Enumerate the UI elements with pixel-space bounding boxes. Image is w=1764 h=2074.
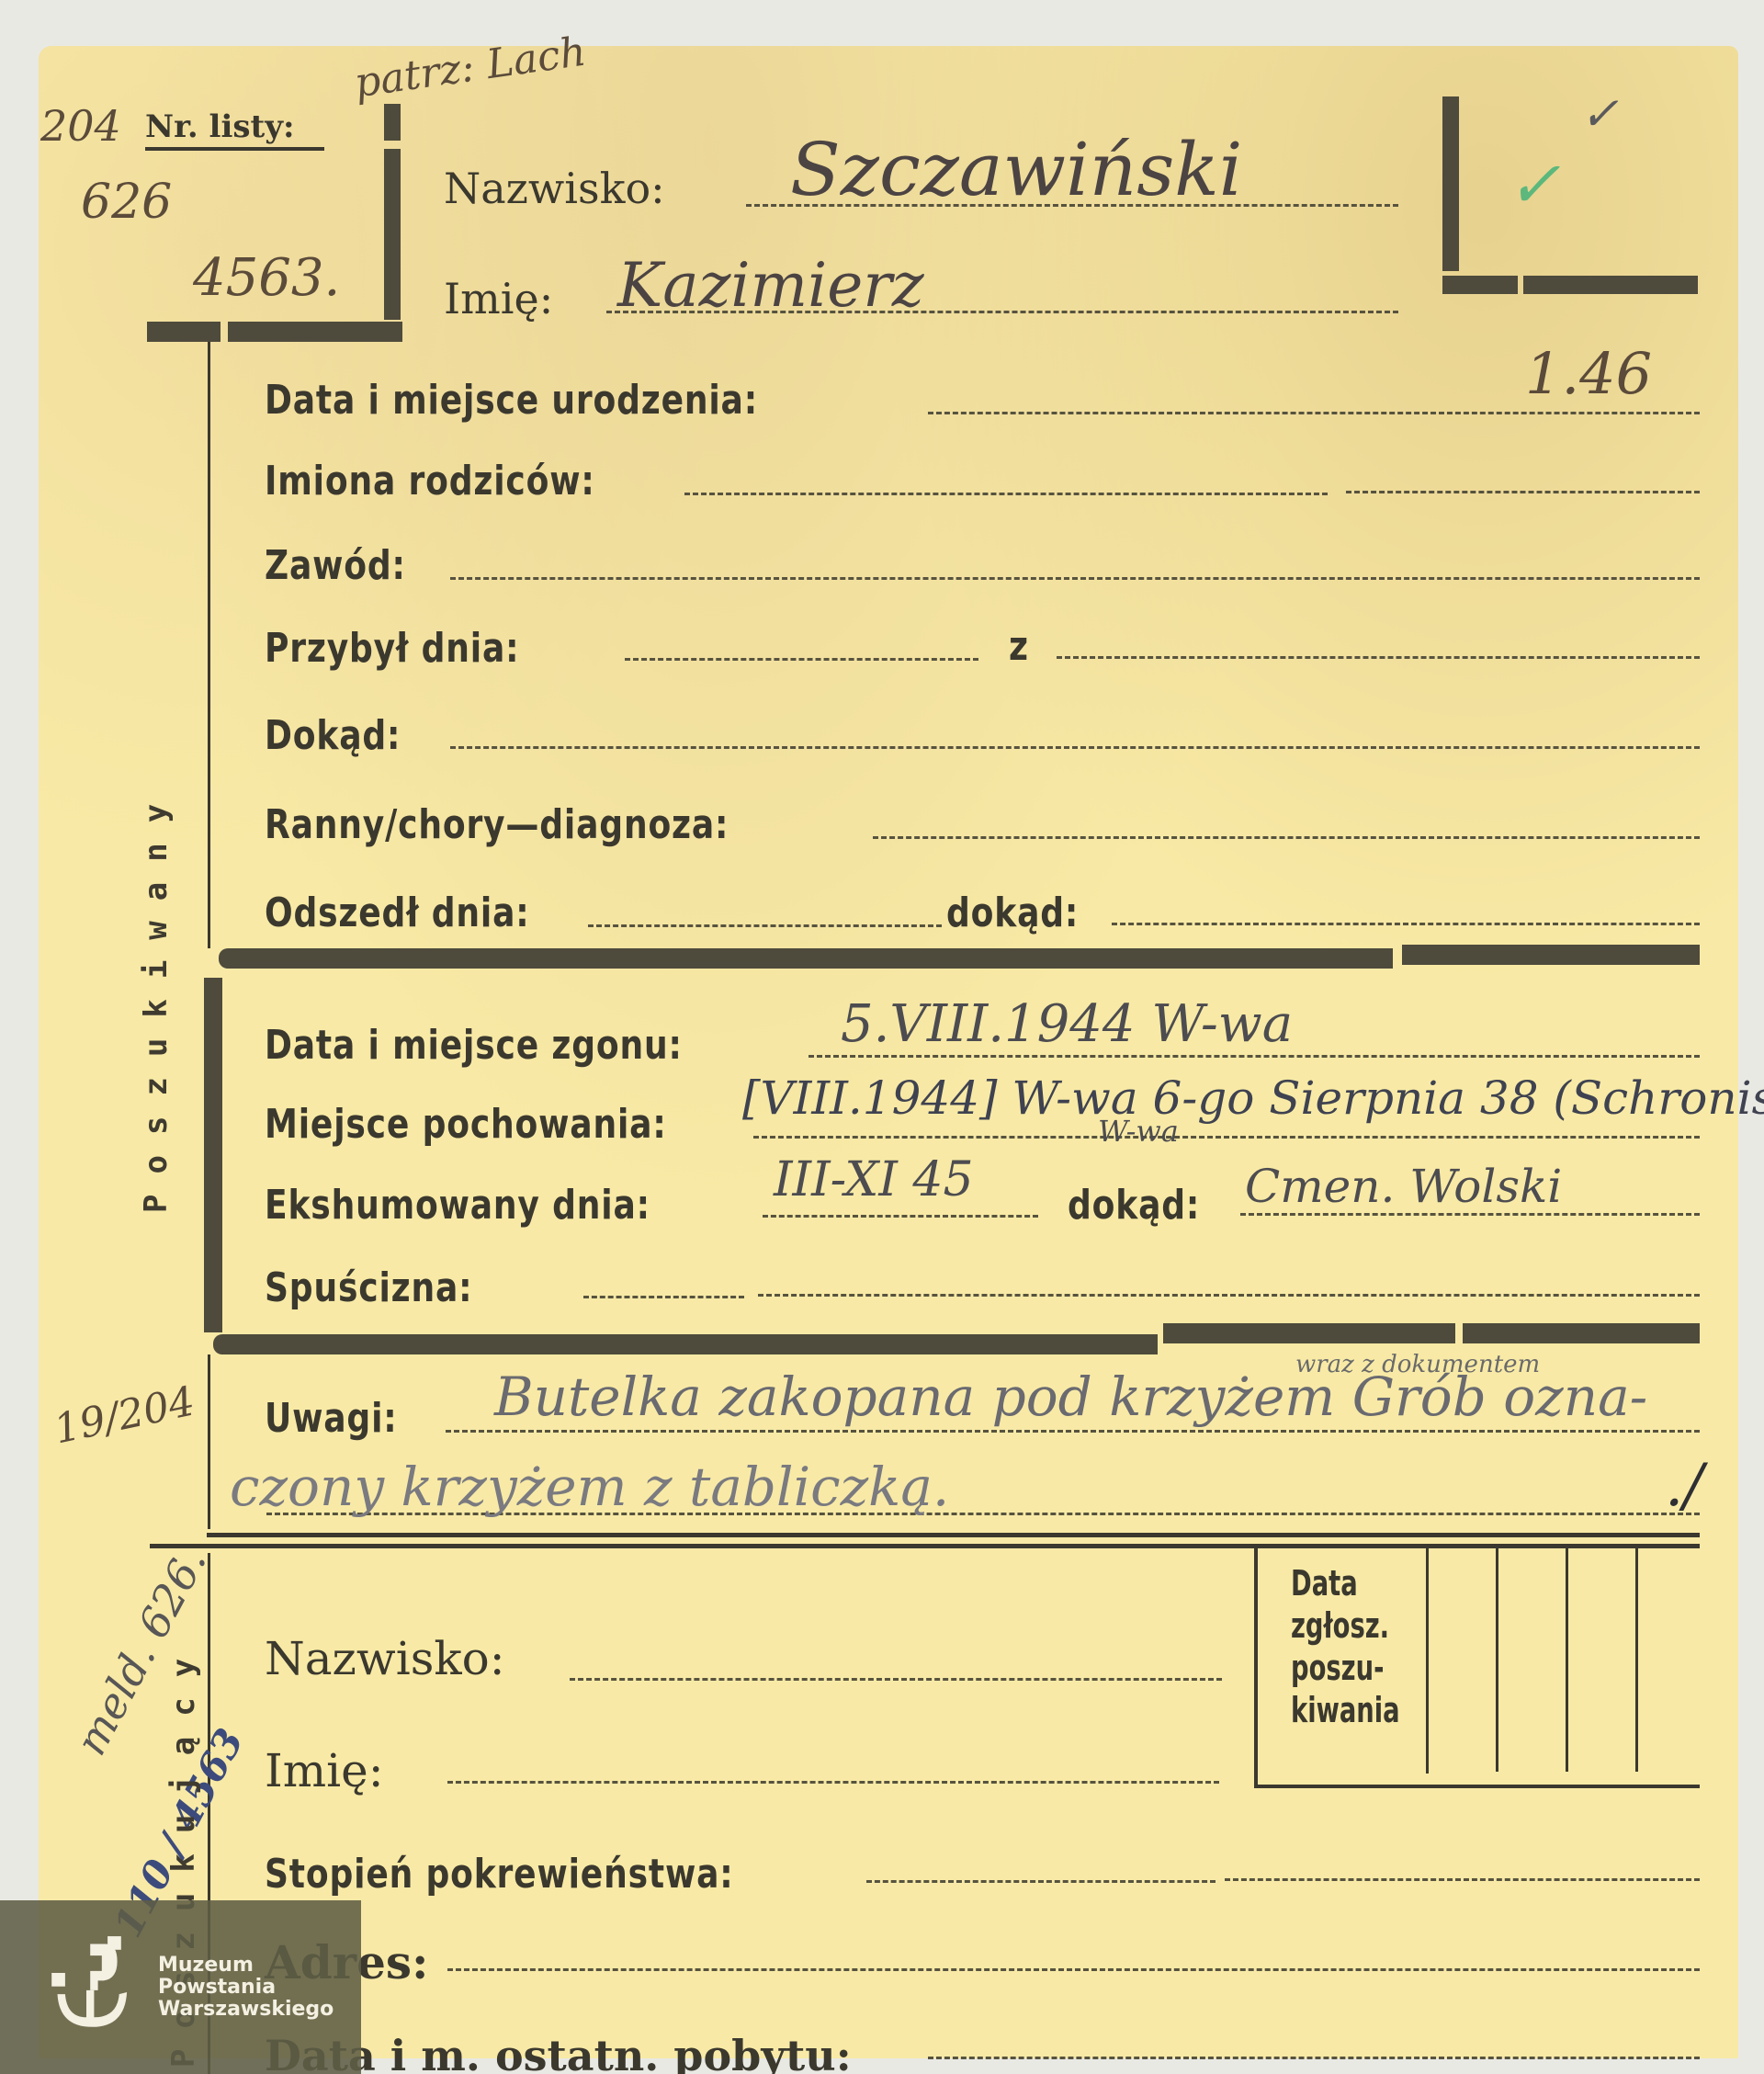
frame-bar bbox=[213, 1334, 1158, 1354]
departed-where-line bbox=[1112, 923, 1700, 925]
nr-listy-value-1: 204 bbox=[40, 101, 121, 151]
arrived-label: Przybył dnia: bbox=[265, 625, 519, 672]
remarks-label: Uwagi: bbox=[265, 1395, 398, 1442]
remarks-line-1 bbox=[446, 1430, 1700, 1433]
frame-bar bbox=[228, 322, 402, 342]
searcher-surname-label: Nazwisko: bbox=[265, 1632, 505, 1685]
burial-line bbox=[753, 1136, 1700, 1139]
birth-line bbox=[928, 412, 1700, 414]
frame-bar bbox=[1523, 276, 1698, 294]
exhumed-label: Ekshumowany dnia: bbox=[265, 1182, 650, 1229]
birth-value[interactable]: 1.46 bbox=[1525, 340, 1652, 407]
estate-line-2 bbox=[758, 1294, 1700, 1297]
date-box-label-line: zgłosz. bbox=[1291, 1604, 1400, 1647]
exhumed-where-value[interactable]: Cmen. Wolski bbox=[1245, 1160, 1562, 1213]
searcher-first-name-label: Imię: bbox=[265, 1744, 384, 1797]
frame-bar bbox=[147, 322, 220, 342]
date-box-label-line: poszu- bbox=[1291, 1647, 1400, 1689]
frame-bar bbox=[1163, 1323, 1455, 1343]
address-line bbox=[447, 1968, 1700, 1971]
occupation-line bbox=[450, 577, 1700, 580]
date-box-label-line: Data bbox=[1291, 1562, 1400, 1604]
death-label: Data i miejsce zgonu: bbox=[265, 1022, 683, 1069]
relationship-line bbox=[866, 1880, 1216, 1883]
date-box-col bbox=[1496, 1544, 1498, 1772]
relationship-line-2 bbox=[1225, 1878, 1700, 1881]
watermark-line: Muzeum bbox=[158, 1955, 334, 1977]
diagnosis-line bbox=[873, 836, 1700, 839]
watermark-text: Muzeum Powstania Warszawskiego bbox=[158, 1955, 334, 2021]
date-box-col bbox=[1635, 1544, 1638, 1772]
watermark-line: Warszawskiego bbox=[158, 1999, 334, 2021]
death-line bbox=[808, 1055, 1700, 1058]
sought-side-label: Poszukiwany bbox=[138, 784, 175, 1213]
where-label: Dokąd: bbox=[265, 712, 401, 759]
from-line bbox=[1057, 656, 1700, 659]
arrived-line bbox=[625, 658, 978, 661]
frame-bar bbox=[204, 978, 222, 1332]
last-stay-line bbox=[928, 2057, 1700, 2059]
watermark-line: Powstania bbox=[158, 1977, 334, 1999]
date-box-label-line: kiwania bbox=[1291, 1689, 1400, 1731]
nr-listy-underline bbox=[145, 147, 324, 151]
green-check-icon: ✓ bbox=[1507, 147, 1561, 222]
remarks-line-1-text[interactable]: Butelka zakopana pod krzyżem Grób ozna- bbox=[494, 1366, 1647, 1428]
parents-line-2 bbox=[1346, 491, 1700, 493]
surname-value[interactable]: Szczawiński bbox=[790, 127, 1242, 212]
section-divider bbox=[208, 342, 210, 948]
remarks-end-mark: ./ bbox=[1665, 1452, 1703, 1520]
from-label: z bbox=[1009, 623, 1029, 670]
parents-label: Imiona rodziców: bbox=[265, 458, 595, 504]
frame-bar bbox=[384, 104, 401, 141]
surname-label: Nazwisko: bbox=[444, 164, 665, 213]
exhumed-where-line bbox=[1240, 1213, 1700, 1216]
relationship-label: Stopień pokrewieństwa: bbox=[265, 1851, 734, 1898]
pencil-check-icon: ✓ bbox=[1580, 87, 1619, 141]
exhumed-where-label: dokąd: bbox=[1068, 1182, 1200, 1229]
diagnosis-label: Ranny/chory—diagnoza: bbox=[265, 801, 729, 848]
double-rule-top bbox=[207, 1533, 1700, 1537]
where-line bbox=[450, 746, 1700, 749]
date-box-col bbox=[1426, 1546, 1429, 1774]
kotwica-anchor-icon bbox=[48, 1934, 144, 2031]
nr-listy-label: Nr. listy: bbox=[145, 108, 295, 145]
double-rule-bottom bbox=[150, 1544, 1700, 1548]
exhumed-line bbox=[763, 1215, 1038, 1218]
parents-line bbox=[684, 493, 1328, 495]
occupation-label: Zawód: bbox=[265, 542, 406, 589]
frame-bar bbox=[219, 948, 1393, 969]
frame-bar bbox=[1442, 276, 1518, 294]
frame-bar bbox=[1402, 945, 1700, 965]
death-value[interactable]: 5.VIII.1944 W-wa bbox=[841, 994, 1293, 1054]
departed-line bbox=[588, 924, 942, 927]
exhumed-value[interactable]: III-XI 45 bbox=[774, 1152, 974, 1207]
burial-value[interactable]: [VIII.1944] W-wa 6-go Sierpnia 38 (Schro… bbox=[742, 1071, 1764, 1125]
estate-label: Spuścizna: bbox=[265, 1264, 472, 1311]
frame-bar bbox=[1463, 1323, 1700, 1343]
frame-bar bbox=[1442, 96, 1459, 271]
remarks-line-2-text[interactable]: czony krzyżem z tabliczką. bbox=[230, 1456, 949, 1518]
nr-listy-value-2: 626 bbox=[81, 175, 172, 230]
first-name-value[interactable]: Kazimierz bbox=[617, 250, 924, 321]
estate-line bbox=[583, 1296, 744, 1298]
section-divider bbox=[208, 1354, 210, 1529]
departed-where-label: dokąd: bbox=[946, 890, 1079, 936]
searcher-surname-line bbox=[570, 1678, 1222, 1681]
first-name-label: Imię: bbox=[444, 274, 553, 323]
date-box-label: Data zgłosz. poszu- kiwania bbox=[1291, 1562, 1400, 1731]
date-box-col bbox=[1566, 1544, 1568, 1772]
date-box-left bbox=[1254, 1547, 1258, 1786]
birth-label: Data i miejsce urodzenia: bbox=[265, 377, 758, 424]
nr-listy-value-3: 4563. bbox=[193, 248, 340, 308]
searcher-first-name-line bbox=[447, 1781, 1219, 1784]
exhumed-where-note: W-wa bbox=[1098, 1114, 1179, 1149]
date-box-bottom bbox=[1254, 1785, 1700, 1788]
burial-label: Miejsce pochowania: bbox=[265, 1101, 667, 1148]
departed-label: Odszedł dnia: bbox=[265, 890, 530, 936]
frame-bar bbox=[384, 149, 401, 320]
